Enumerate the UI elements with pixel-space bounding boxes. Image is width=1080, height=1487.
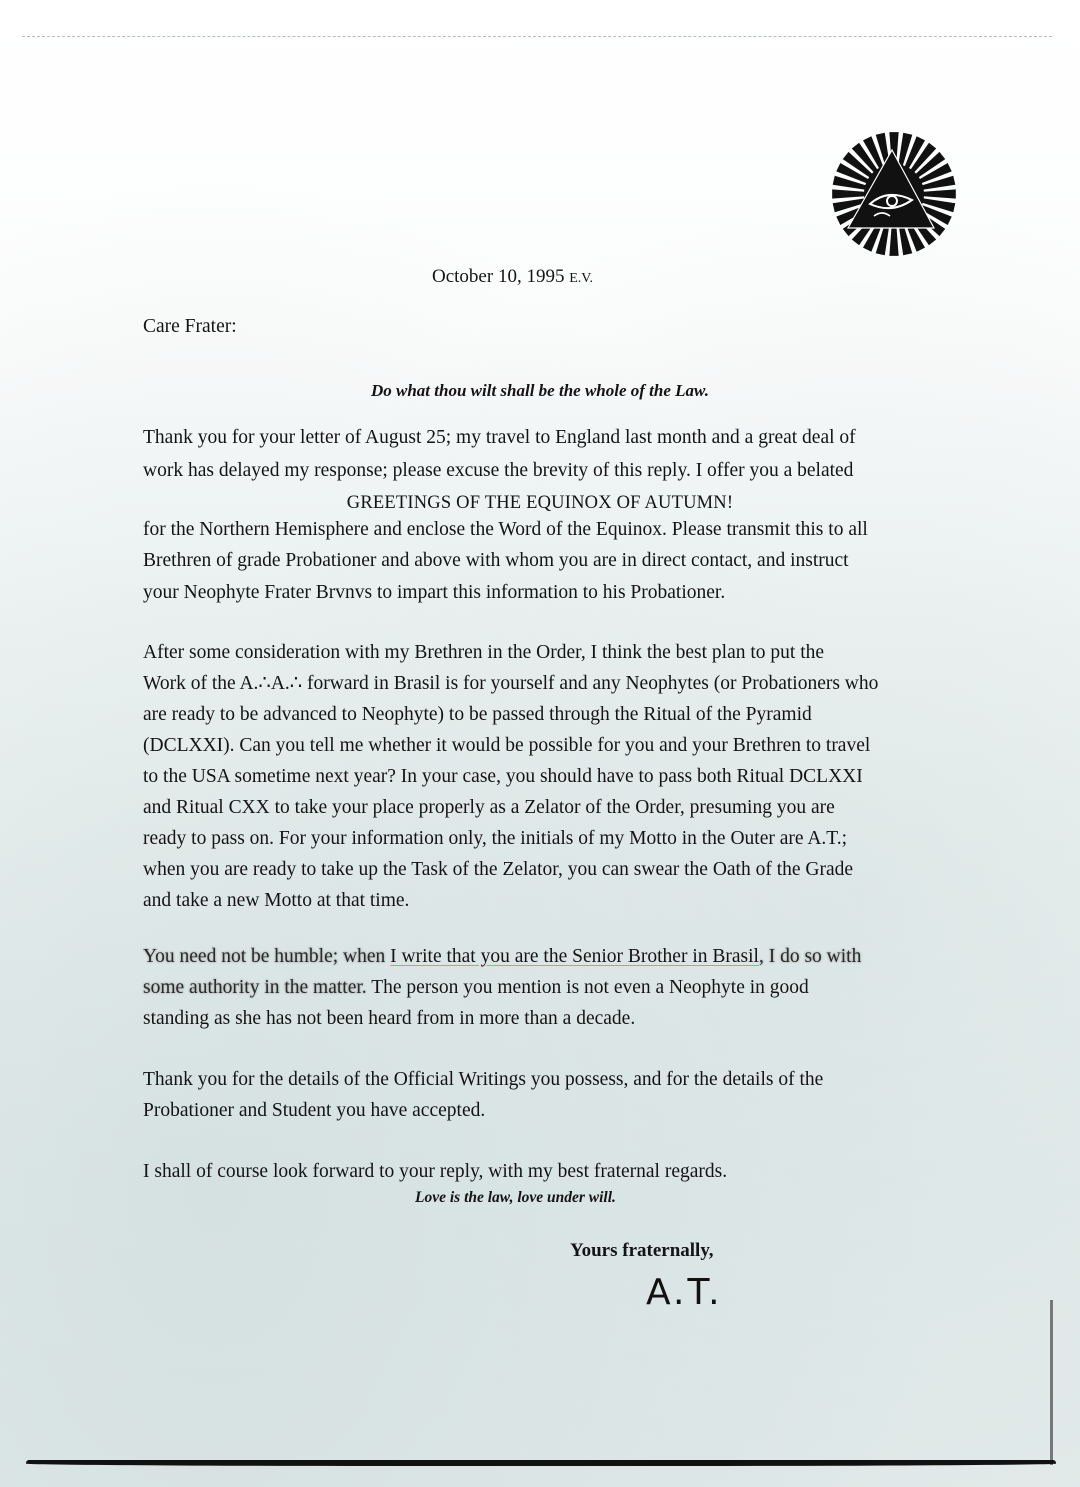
closing-motto: Love is the law, love under will. [415,1190,616,1206]
para3-text: You need not be humble; when [143,946,390,967]
radiant-eye-emblem-icon [830,130,958,258]
opening-motto: Do what thou wilt shall be the whole of … [0,382,1080,399]
para4-line: Thank you for the details of the Officia… [143,1070,823,1090]
date-era: E.V. [569,271,593,286]
para1-line: Thank you for your letter of August 25; … [143,428,856,448]
para1-line: your Neophyte Frater Brvnvs to impart th… [143,583,725,603]
salutation: Care Frater: [143,317,237,337]
equinox-greeting-heading: GREETINGS OF THE EQUINOX OF AUTUMN! [0,494,1080,513]
para2-line: and Ritual CXX to take your place proper… [143,798,835,818]
valediction: Yours fraternally, [570,1240,714,1262]
para2-line: After some consideration with my Brethre… [143,643,824,663]
para3-text: The person you mention is not even a Neo… [367,977,809,998]
para2-line: and take a new Motto at that time. [143,891,409,911]
para2-line: (DCLXXI). Can you tell me whether it wou… [143,736,870,756]
para3-line: You need not be humble; when I write tha… [143,947,861,967]
para3-text: , I do so with [759,946,861,967]
para2-line: to the USA sometime next year? In your c… [143,767,863,787]
letter-date: October 10, 1995 E.V. [432,266,593,288]
para1-line: for the Northern Hemisphere and enclose … [143,520,868,540]
para5-line: I shall of course look forward to your r… [143,1162,727,1182]
para1-line: work has delayed my response; please exc… [143,461,853,481]
page-bottom-edge [26,1460,1056,1466]
page-top-edge [22,36,1052,38]
highlighted-sentence: I write that you are the Senior Brother … [390,946,759,967]
para2-line: are ready to be advanced to Neophyte) to… [143,705,812,725]
para3-line: some authority in the matter. The person… [143,978,809,998]
date-text: October 10, 1995 [432,266,564,287]
page-right-edge [1050,1300,1053,1465]
para3-line: standing as she has not been heard from … [143,1009,635,1029]
para2-line: Work of the A.∴A.∴ forward in Brasil is … [143,674,878,694]
para2-line: ready to pass on. For your information o… [143,829,847,849]
para1-line: Brethren of grade Probationer and above … [143,551,849,571]
para2-line: when you are ready to take up the Task o… [143,860,853,880]
para3-text: some authority in the matter. [143,977,367,998]
para4-line: Probationer and Student you have accepte… [143,1101,485,1121]
handwritten-signature: A.T. [646,1272,723,1313]
letter-page: October 10, 1995 E.V. Care Frater: Do wh… [0,0,1080,1487]
